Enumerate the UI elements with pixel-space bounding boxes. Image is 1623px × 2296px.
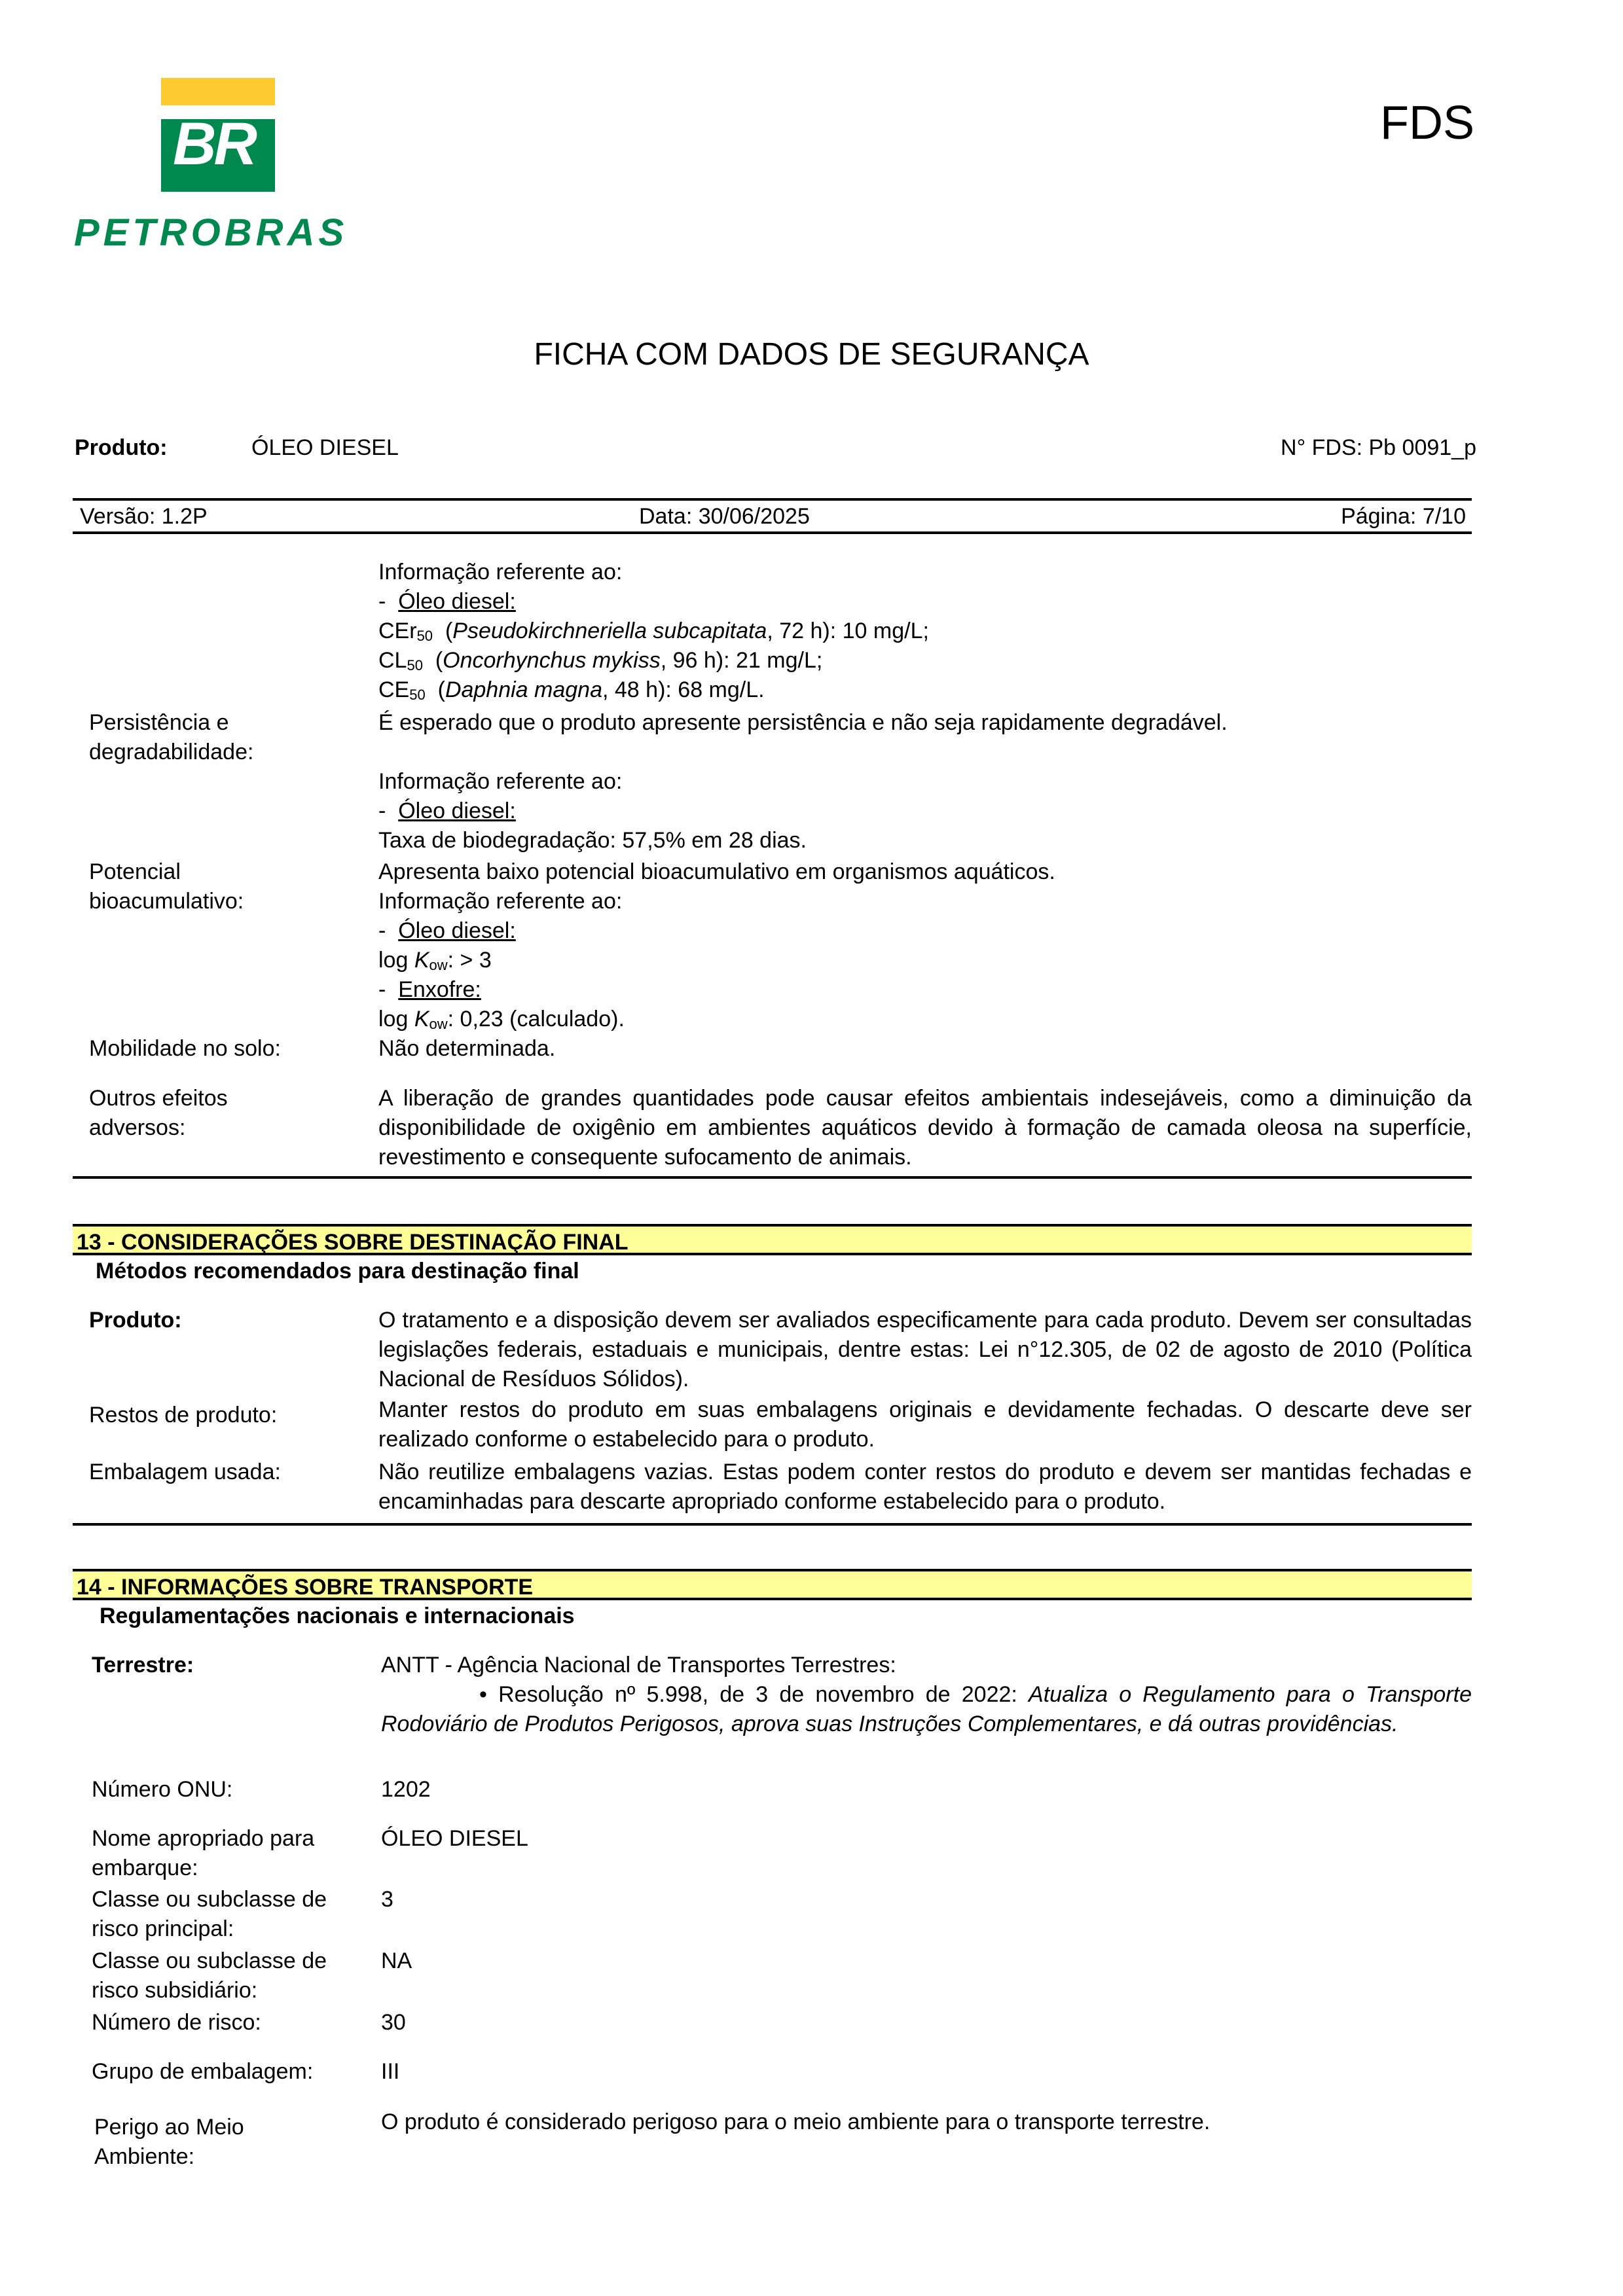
doc-code: FDS	[1380, 97, 1474, 149]
other-effects-value: A liberação de grandes quantidades pode …	[378, 1084, 1472, 1172]
fds-number: N° FDS: Pb 0091_p	[1281, 433, 1476, 463]
shipping-name-label: Nome apropriado paraembarque:	[92, 1824, 367, 1883]
logo-wordmark: PETROBRAS	[74, 213, 348, 253]
date: Data: 30/06/2025	[639, 502, 810, 531]
section13-header: 13 - CONSIDERAÇÕES SOBRE DESTINAÇÃO FINA…	[73, 1224, 1472, 1255]
disposal-product-label: Produto:	[89, 1306, 364, 1335]
bioaccumulation-label: Potencial bioacumulativo:	[89, 857, 364, 916]
section14-title: 14 - INFORMAÇÕES SOBRE TRANSPORTE	[77, 1574, 533, 1600]
persistence-text: É esperado que o produto apresente persi…	[378, 708, 1472, 738]
bioaccumulation-text: Apresenta baixo potencial bioacumulativo…	[378, 857, 1472, 887]
product-value: ÓLEO DIESEL	[251, 433, 399, 463]
terrestre-value: ANTT - Agência Nacional de Transportes T…	[381, 1651, 1472, 1739]
subsidiary-class-value: NA	[381, 1946, 412, 1976]
un-number-value: 1202	[381, 1775, 431, 1804]
disposal-residues-value: Manter restos do produto em suas embalag…	[378, 1395, 1472, 1454]
terrestre-label: Terrestre:	[92, 1651, 367, 1680]
toxicity-substance: Óleo diesel:	[398, 589, 516, 614]
bioaccumulation-substance-diesel: Óleo diesel:	[398, 918, 516, 943]
persistence-substance: Óleo diesel:	[398, 798, 516, 823]
logo-br-block: BR	[161, 119, 275, 192]
persistence-detail: Taxa de biodegradação: 57,5% em 28 dias.	[378, 826, 1472, 855]
mobility-value: Não determinada.	[378, 1034, 1472, 1064]
antt-agency: ANTT - Agência Nacional de Transportes T…	[381, 1651, 1472, 1680]
logo-yellow-bar	[161, 78, 275, 105]
bioaccumulation-value: Apresenta baixo potencial bioacumulativo…	[378, 857, 1472, 1034]
product-label: Produto:	[75, 433, 168, 463]
packing-group-value: III	[381, 2057, 399, 2087]
disposal-residues-label: Restos de produto:	[89, 1401, 364, 1430]
section12-end-divider	[73, 1176, 1472, 1179]
un-number-label: Número ONU:	[92, 1775, 367, 1804]
header-divider-top	[73, 498, 1472, 501]
antt-resolution: • Resolução nº 5.998, de 3 de novembro d…	[381, 1680, 1472, 1739]
env-hazard-value: O produto é considerado perigoso para o …	[381, 2108, 1210, 2137]
disposal-packaging-value: Não reutilize embalagens vazias. Estas p…	[378, 1458, 1472, 1516]
section14-header: 14 - INFORMAÇÕES SOBRE TRANSPORTE	[73, 1569, 1472, 1600]
header-divider-bottom	[73, 531, 1472, 534]
disposal-packaging-label: Embalagem usada:	[89, 1458, 364, 1487]
logo-br-mark: BR	[173, 119, 255, 177]
risk-number-value: 30	[381, 2008, 406, 2037]
toxicity-line-ce50: CE50 (Daphnia magna, 48 h): 68 mg/L.	[378, 675, 1472, 705]
toxicity-intro: Informação referente ao:	[378, 558, 1472, 587]
persistence-label: Persistência e degradabilidade:	[89, 708, 364, 767]
disposal-product-value: O tratamento e a disposição devem ser av…	[378, 1306, 1472, 1394]
primary-class-label: Classe ou subclasse derisco principal:	[92, 1885, 367, 1944]
risk-number-label: Número de risco:	[92, 2008, 367, 2037]
shipping-name-value: ÓLEO DIESEL	[381, 1824, 528, 1854]
section13-subtitle: Métodos recomendados para destinação fin…	[96, 1257, 579, 1286]
toxicity-block: Informação referente ao: - Óleo diesel: …	[378, 558, 1472, 705]
page-number: Página: 7/10	[1341, 502, 1466, 531]
mobility-label: Mobilidade no solo:	[89, 1034, 364, 1064]
log-kow-sulfur: log Kow: 0,23 (calculado).	[378, 1005, 1472, 1034]
version: Versão: 1.2P	[80, 502, 208, 531]
other-effects-label: Outros efeitos adversos:	[89, 1084, 364, 1143]
toxicity-substance-line: - Óleo diesel:	[378, 587, 1472, 617]
subsidiary-class-label: Classe ou subclasse derisco subsidiário:	[92, 1946, 367, 2005]
toxicity-line-cer50: CEr50 (Pseudokirchneriella subcapitata, …	[378, 617, 1472, 646]
bioaccumulation-intro: Informação referente ao:	[378, 887, 1472, 916]
primary-class-value: 3	[381, 1885, 393, 1914]
persistence-value: É esperado que o produto apresente persi…	[378, 708, 1472, 855]
page-title: FICHA COM DADOS DE SEGURANÇA	[0, 335, 1623, 374]
toxicity-line-cl50: CL50 (Oncorhynchus mykiss, 96 h): 21 mg/…	[378, 646, 1472, 675]
bullet-icon: •	[479, 1682, 487, 1707]
section13-end-divider	[73, 1523, 1472, 1526]
log-kow-diesel: log Kow: > 3	[378, 946, 1472, 975]
env-hazard-label: Perigo ao MeioAmbiente:	[94, 2113, 369, 2172]
persistence-intro: Informação referente ao:	[378, 767, 1472, 797]
packing-group-label: Grupo de embalagem:	[92, 2057, 367, 2087]
bioaccumulation-substance-sulfur: Enxofre:	[398, 977, 481, 1002]
section13-title: 13 - CONSIDERAÇÕES SOBRE DESTINAÇÃO FINA…	[77, 1229, 629, 1255]
section14-subtitle: Regulamentações nacionais e internaciona…	[100, 1602, 575, 1631]
